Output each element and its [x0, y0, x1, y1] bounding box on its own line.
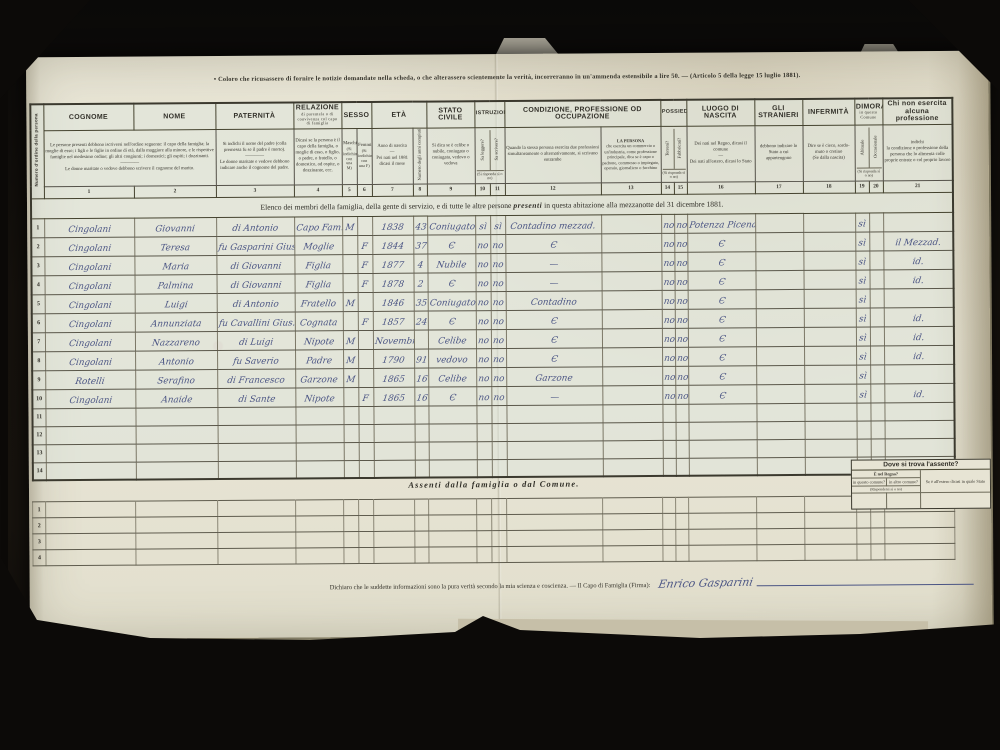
handwritten-entry: M [345, 338, 355, 347]
handwritten-entry: Є [717, 240, 725, 249]
handwritten-entry: Novembre [374, 337, 414, 346]
row-cell: no [490, 234, 505, 253]
desc-dimora: AbitualeOccasionale (Si risponda sì o no… [854, 124, 882, 180]
row-cell [756, 346, 804, 365]
row-cell: Figlia [294, 254, 342, 273]
handwritten-entry: no [676, 335, 688, 344]
handwritten-entry: Padre [306, 357, 333, 366]
handwritten-entry: no [493, 375, 505, 384]
row-cell: no [491, 291, 506, 310]
row-cell: vedovo [428, 348, 476, 367]
row-cell: fu Gasparini Gius. [216, 235, 294, 255]
row-cell [476, 405, 491, 423]
row-cell: 37 [413, 235, 427, 254]
row-cell: no [662, 290, 675, 309]
row-cell [756, 365, 804, 384]
handwritten-entry: no [492, 242, 504, 251]
row-cell [885, 527, 955, 543]
row-cell: di Francesco [217, 368, 295, 388]
row-cell: 4 [413, 254, 427, 273]
row-cell: Є [506, 347, 602, 367]
handwritten-entry: no [676, 392, 688, 401]
handwritten-entry: 1857 [382, 318, 406, 327]
handwritten-entry: 16 [415, 375, 427, 384]
row-cell [506, 404, 602, 423]
row-cell [374, 515, 415, 531]
row-cell [688, 403, 756, 421]
row-cell [46, 444, 136, 463]
row-cell [492, 499, 507, 515]
signature-line [756, 575, 973, 587]
row-cell: 1790 [373, 349, 414, 368]
handwritten-entry: Serafino [157, 377, 196, 386]
row-cell [136, 461, 218, 480]
row-cell [46, 533, 136, 550]
handwritten-entry: Maria [162, 263, 190, 272]
row-number: 7 [32, 332, 45, 351]
row-cell: — [506, 385, 602, 405]
absent-empty-cell [852, 492, 886, 508]
row-cell: no [491, 310, 506, 329]
row-cell [805, 439, 857, 457]
row-cell [757, 439, 805, 457]
row-cell: Є [428, 310, 476, 329]
row-cell [870, 345, 884, 364]
column-number: 18 [803, 181, 855, 193]
handwritten-entry: di Luigi [238, 338, 273, 347]
handwritten-entry: Є [550, 336, 558, 345]
handwritten-entry: 91 [415, 356, 427, 365]
desc-relazione: Dicasi se la persona è il capo della fam… [293, 128, 341, 184]
col-header-luogo-nascita: LUOGO DI NASCITA [686, 99, 754, 125]
row-cell [871, 420, 885, 438]
row-cell [492, 515, 507, 531]
desc-sesso-m: Maschi(Si indichino con una M) [341, 128, 356, 184]
row-cell: 16 [414, 387, 428, 406]
row-cell [804, 289, 856, 308]
row-cell: no [661, 252, 674, 271]
row-cell [429, 531, 477, 547]
row-cell [676, 458, 689, 476]
handwritten-entry: no [663, 316, 675, 325]
row-cell [663, 545, 676, 561]
row-cell [676, 529, 689, 545]
occasionale-label: Occasionale [872, 136, 878, 158]
column-number: 20 [869, 180, 883, 192]
row-cell [663, 529, 676, 545]
row-number: 1 [33, 502, 46, 518]
row-cell [755, 251, 803, 270]
row-cell [869, 231, 883, 250]
row-cell: no [490, 272, 505, 291]
row-cell: Palmina [134, 274, 216, 294]
row-cell [218, 500, 296, 517]
row-cell: Nazzareno [135, 331, 217, 351]
row-cell [676, 422, 689, 440]
row-cell [755, 213, 803, 232]
terreni-label: Terreni? [665, 141, 671, 156]
row-cell [756, 308, 804, 327]
col-header-istruzione: ISTRUZIONE [474, 101, 504, 127]
row-cell [507, 514, 603, 531]
row-cell [414, 330, 428, 349]
row-number: 5 [32, 294, 45, 313]
row-cell: 1857 [373, 311, 414, 330]
desc-sesso-f: Femmine(Si indichino con una F) [356, 128, 371, 184]
row-cell: no [476, 386, 491, 405]
row-cell [663, 440, 676, 458]
col-header-relazione: RELAZIONEdi parentela o di convivenza co… [293, 102, 341, 128]
row-cell: F [358, 387, 373, 406]
handwritten-entry: Cingolani [68, 358, 112, 367]
row-cell [374, 499, 415, 515]
row-cell: Є [687, 251, 755, 270]
handwritten-entry: 1878 [381, 280, 405, 289]
handwritten-entry: 1844 [381, 242, 405, 251]
handwritten-entry: di Giovanni [230, 281, 282, 290]
row-cell: sì [855, 231, 869, 250]
handwritten-entry: M [346, 376, 356, 385]
row-cell [757, 496, 805, 512]
row-cell: Giovanni [134, 217, 216, 237]
handwritten-entry: id. [912, 334, 924, 343]
row-cell [477, 515, 492, 531]
row-cell: Є [688, 384, 756, 403]
row-number: 4 [33, 550, 46, 566]
row-cell: Annunziata [135, 312, 217, 332]
handwritten-entry: F [361, 280, 368, 289]
row-cell [359, 460, 374, 478]
handwritten-entry: Є [718, 297, 726, 306]
handwritten-entry: Celibe [437, 375, 467, 384]
row-cell [803, 251, 855, 270]
row-cell [869, 269, 883, 288]
row-cell [805, 457, 857, 475]
row-cell: no [476, 329, 491, 348]
desc-infermita: Dire se è cieco, sordo-muto o cretino (S… [802, 125, 854, 181]
row-cell: Є [506, 328, 602, 348]
row-cell [374, 547, 415, 563]
desc-chi-non-esercita: indichi la condizione o professione dell… [882, 124, 952, 180]
row-cell [477, 499, 492, 515]
row-number: 2 [33, 518, 46, 534]
column-number: 19 [855, 180, 869, 192]
row-cell [885, 420, 955, 438]
row-cell: di Luigi [217, 330, 295, 350]
row-cell [804, 403, 856, 421]
row-cell: Nipote [295, 387, 343, 406]
row-cell [218, 516, 296, 533]
row-cell [135, 407, 217, 426]
row-cell: Novembre [373, 330, 414, 349]
row-cell [602, 385, 662, 404]
row-cell [603, 545, 663, 561]
desc-stranieri: debbono indicare lo Stato a cui apparten… [754, 125, 802, 181]
handwritten-entry: Palmina [157, 282, 194, 291]
row-cell [46, 549, 136, 566]
row-cell [805, 496, 857, 512]
row-cell: Cognata [295, 311, 343, 330]
row-cell [507, 422, 603, 441]
col-header-paternita: PATERNITÀ [215, 102, 293, 129]
row-cell [689, 421, 757, 439]
row-cell [804, 308, 856, 327]
handwritten-entry: M [345, 300, 355, 309]
row-cell: Coniugato [428, 291, 476, 310]
handwritten-entry: di Francesco [227, 376, 286, 385]
handwritten-entry: di Antonio [232, 224, 279, 233]
row-cell [45, 408, 135, 427]
handwritten-entry: Figlia [305, 281, 332, 290]
handwritten-entry: Є [448, 280, 456, 289]
row-cell [428, 405, 476, 423]
handwritten-entry: id. [913, 391, 925, 400]
row-cell [342, 235, 357, 254]
handwritten-entry: fu Saverio [233, 357, 280, 366]
handwritten-entry: Moglie [302, 243, 334, 252]
row-cell: Nipote [295, 330, 343, 349]
handwritten-entry: Є [718, 278, 726, 287]
row-cell [676, 440, 689, 458]
row-cell: Fratello [295, 292, 343, 311]
row-cell: Є [688, 346, 756, 365]
handwritten-entry: sì [858, 258, 867, 267]
row-cell: F [358, 311, 373, 330]
row-cell [477, 441, 492, 459]
row-cell [217, 406, 295, 425]
sa-leggere-label: Sa leggere? [480, 139, 486, 160]
handwritten-entry: no [492, 280, 504, 289]
row-cell [870, 326, 884, 345]
row-cell: M [343, 292, 358, 311]
row-cell [359, 499, 374, 515]
row-cell [374, 531, 415, 547]
row-cell: il Mezzad. [883, 231, 953, 250]
row-cell: Є [427, 272, 475, 291]
row-cell [602, 404, 662, 422]
row-cell [804, 365, 856, 384]
row-cell [871, 544, 885, 560]
row-cell [358, 349, 373, 368]
handwritten-entry: 4 [417, 261, 424, 270]
row-cell [676, 513, 689, 529]
column-number: 1 [44, 186, 134, 199]
row-cell: sì [490, 215, 505, 234]
row-cell: Celibe [428, 367, 476, 386]
row-cell [295, 406, 343, 424]
handwritten-entry: Є [718, 335, 726, 344]
handwritten-entry: no [675, 221, 687, 230]
row-cell [884, 402, 954, 420]
row-cell: Luigi [135, 293, 217, 313]
row-cell: fu Cavallini Gius. [217, 311, 295, 331]
handwritten-entry: sì [859, 334, 868, 343]
row-cell: sì [855, 250, 869, 269]
row-cell [805, 421, 857, 439]
handwritten-entry: Cingolani [67, 244, 111, 253]
desc-istruzione: Sa leggere?Sa scrivere? (Si risponda sì … [474, 127, 504, 183]
census-sheet: • Coloro che ricusassero di fornire le n… [26, 51, 992, 640]
row-cell [358, 292, 373, 311]
handwritten-entry: Coniugato [428, 223, 475, 232]
handwritten-entry: no [492, 299, 504, 308]
row-cell [755, 232, 803, 251]
col-header-condizione: CONDIZIONE, PROFESSIONE OD OCCUPAZIONE [504, 100, 660, 127]
handwritten-entry: no [662, 221, 674, 230]
handwritten-entry: no [675, 240, 687, 249]
row-cell: 24 [414, 311, 428, 330]
row-cell [344, 516, 359, 532]
row-cell: id. [883, 250, 953, 269]
row-cell: F [357, 235, 372, 254]
handwritten-entry: 1865 [382, 394, 406, 403]
handwritten-entry: Є [718, 354, 726, 363]
column-number: 7 [372, 184, 413, 196]
handwritten-entry: no [676, 316, 688, 325]
handwritten-entry: fu Cavallini Gius. [218, 319, 295, 328]
row-cell: Celibe [428, 329, 476, 348]
row-cell [358, 406, 373, 424]
handwritten-entry: Є [717, 259, 725, 268]
row-cell: no [475, 253, 490, 272]
row-cell [46, 426, 136, 445]
row-cell: Rotelli [45, 370, 135, 390]
row-cell: Є [688, 308, 756, 327]
row-cell [343, 311, 358, 330]
row-cell: 1865 [373, 368, 414, 387]
row-cell [136, 533, 218, 550]
handwritten-entry: no [477, 280, 489, 289]
column-number: 12 [505, 182, 601, 195]
row-cell [218, 460, 296, 479]
handwritten-entry: — [549, 279, 559, 288]
handwritten-entry: Є [447, 242, 455, 251]
row-cell [689, 457, 757, 475]
row-cell [804, 384, 856, 403]
row-cell [46, 501, 136, 518]
row-cell [663, 458, 676, 476]
row-cell: 2 [413, 273, 427, 292]
row-cell [415, 499, 429, 515]
row-cell: Є [688, 289, 756, 308]
row-cell: no [675, 309, 688, 328]
row-cell [803, 270, 855, 289]
row-cell: Є [688, 365, 756, 384]
row-cell [374, 442, 415, 460]
row-cell: no [661, 271, 674, 290]
row-cell [757, 512, 805, 528]
column-number: 8 [413, 184, 427, 196]
row-cell [689, 529, 757, 545]
absent-rows: 1234 [33, 495, 955, 565]
row-cell: 16 [414, 368, 428, 387]
row-cell [342, 254, 357, 273]
row-cell: 1846 [373, 292, 414, 311]
row-cell [218, 548, 296, 565]
row-cell [601, 252, 661, 271]
head-of-family-signature: Enrico Gasparini [657, 576, 754, 589]
row-cell: — [505, 271, 601, 291]
row-cell [756, 289, 804, 308]
handwritten-entry: fu Gasparini Gius. [217, 243, 294, 252]
row-cell: no [675, 385, 688, 404]
row-number: 3 [31, 256, 44, 275]
col-header-stato-civile: STATO CIVILE [426, 101, 474, 127]
handwritten-entry: no [676, 354, 688, 363]
row-cell [429, 547, 477, 563]
column-number: 10 [475, 183, 490, 195]
handwritten-entry: no [663, 297, 675, 306]
row-cell: di Sante [217, 387, 295, 407]
row-number: 14 [33, 462, 46, 480]
row-cell [359, 424, 374, 442]
row-cell [415, 442, 429, 460]
row-cell [602, 366, 662, 385]
row-cell [804, 346, 856, 365]
handwritten-entry: F [361, 261, 368, 270]
column-number: 21 [883, 180, 953, 192]
row-cell [358, 368, 373, 387]
desc-paternita: Si indichi il nome del padre (colla prem… [215, 128, 293, 185]
handwritten-entry: 16 [415, 394, 427, 403]
row-cell [358, 330, 373, 349]
row-cell [429, 459, 477, 477]
row-cell [602, 309, 662, 328]
row-cell: Garzone [295, 368, 343, 387]
row-cell: Capo Fam. [294, 216, 342, 235]
row-cell [857, 512, 871, 528]
row-cell [218, 532, 296, 549]
row-cell [756, 403, 804, 421]
handwritten-entry: no [663, 335, 675, 344]
row-cell: Є [687, 232, 755, 251]
row-cell: M [343, 349, 358, 368]
row-cell [136, 517, 218, 534]
row-cell [870, 402, 884, 420]
handwritten-entry: no [675, 259, 687, 268]
absent-table-wrap: 1234 [32, 495, 955, 566]
handwritten-entry: no [662, 278, 674, 287]
row-cell [805, 544, 857, 560]
row-cell: Nubile [427, 253, 475, 272]
row-number: 13 [33, 444, 46, 462]
desc-eta-anno: Anno di nascita — Pei nati nel 1881 dica… [371, 128, 412, 184]
row-cell: no [675, 347, 688, 366]
row-cell [136, 443, 218, 462]
absent-empty-cell [886, 492, 920, 508]
column-number: 5 [342, 184, 357, 196]
row-cell: Coniugato [427, 215, 475, 234]
handwritten-entry: Contadino [530, 298, 577, 307]
row-cell: 1878 [372, 273, 413, 292]
row-cell [342, 273, 357, 292]
row-cell: id. [884, 383, 954, 402]
handwritten-entry: sì [859, 391, 868, 400]
row-cell: no [475, 234, 490, 253]
row-cell [870, 288, 884, 307]
row-cell: no [662, 385, 675, 404]
row-cell: Garzone [506, 366, 602, 386]
row-cell [46, 462, 136, 481]
row-cell [805, 528, 857, 544]
row-cell: F [357, 273, 372, 292]
row-cell [662, 404, 675, 422]
row-cell: no [662, 366, 675, 385]
desc-stato-civile: Si dica se è celibe o nubile, coniugato … [426, 127, 474, 183]
row-cell: no [661, 214, 674, 233]
row-cell: Cingolani [44, 218, 134, 238]
handwritten-entry: no [492, 337, 504, 346]
